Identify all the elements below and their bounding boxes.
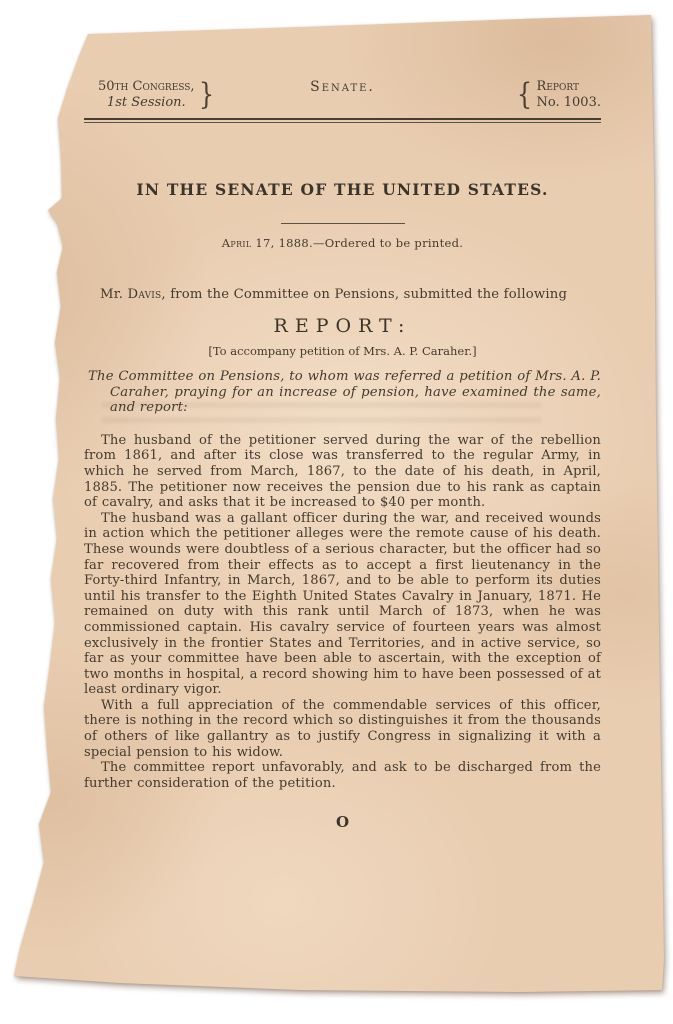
scan-background: 50th Congress, 1st Session. } Senate. { … [0, 0, 673, 1024]
report-paragraph: The committee report unfavorably, and as… [84, 760, 601, 791]
page-title: IN THE SENATE OF THE UNITED STATES. [84, 180, 601, 199]
report-heading: REPORT: [84, 315, 601, 337]
report-number: No. 1003. [537, 95, 601, 111]
submitter-rest: , from the Committee on Pensions, submit… [161, 287, 567, 302]
accompany-note: [To accompany petition of Mrs. A. P. Car… [84, 344, 601, 358]
date-line: April 17, 1888.—Ordered to be printed. [84, 236, 601, 250]
end-ornament: O [336, 813, 349, 831]
masthead: 50th Congress, 1st Session. } Senate. { … [84, 76, 601, 118]
document-page: 50th Congress, 1st Session. } Senate. { … [0, 0, 673, 1024]
submitter-line: Mr. Davis, from the Committee on Pension… [84, 287, 601, 302]
report-body: The husband of the petitioner served dur… [84, 433, 601, 792]
page-content: 50th Congress, 1st Session. } Senate. { … [84, 70, 601, 831]
report-caption: Report [537, 79, 601, 95]
end-ornament-row: O [84, 812, 601, 831]
committee-resolution: The Committee on Pensions, to whom was r… [84, 369, 601, 416]
date-divider-rule [281, 223, 405, 224]
session-caption: 1st Session. [98, 95, 195, 111]
report-paragraph: The husband of the petitioner served dur… [84, 433, 601, 511]
paper-shadow: 50th Congress, 1st Session. } Senate. { … [0, 0, 673, 1024]
opening-brace-glyph: { [516, 77, 534, 113]
report-number-block: { Report No. 1003. [513, 77, 601, 113]
report-paragraph: With a full appreciation of the commenda… [84, 698, 601, 760]
date-month: April [222, 236, 252, 250]
submitter-name: Davis [128, 287, 162, 302]
masthead-divider-rule [84, 118, 601, 123]
report-paragraph: The husband was a gallant officer during… [84, 511, 601, 698]
submitter-prefix: Mr. [100, 287, 128, 302]
date-rest: 17, 1888.—Ordered to be printed. [251, 236, 463, 250]
